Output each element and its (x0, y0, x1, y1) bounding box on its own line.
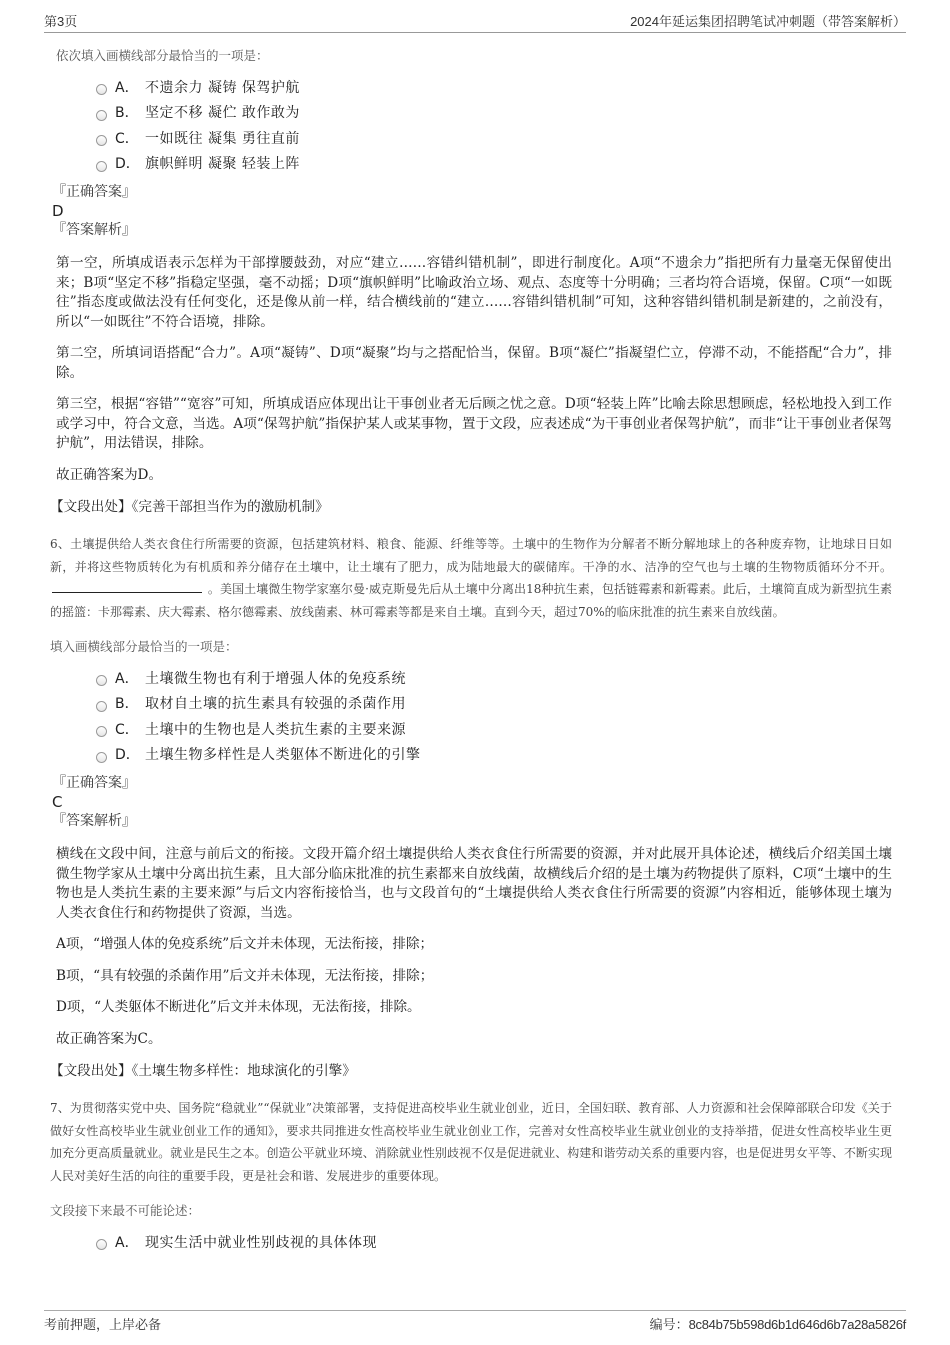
radio-button-icon[interactable] (96, 84, 107, 95)
page-content: 依次填入画横线部分最恰当的一项是： A． 不遗余力 凝铸 保驾护航 B． 坚定不… (56, 44, 892, 1261)
passage-source: 【文段出处】《土壤生物多样性：地球演化的引擎》 (50, 1061, 892, 1081)
option-text: 坚定不移 凝伫 敢作敢为 (145, 102, 300, 122)
option-a[interactable]: A． 土壤微生物也有利于增强人体的免疫系统 (96, 665, 892, 691)
option-text: 土壤微生物也有利于增强人体的免疫系统 (145, 668, 406, 688)
analysis-option-b: B项，“具有较强的杀菌作用”后文并未体现，无法衔接，排除； (56, 967, 892, 987)
option-letter: B． (115, 693, 145, 713)
footer-slogan: 考前押题，上岸必备 (44, 1314, 161, 1333)
option-c[interactable]: C． 一如既往 凝集 勇往直前 (96, 125, 892, 151)
option-text: 现实生活中就业性别歧视的具体体现 (145, 1232, 377, 1252)
analysis-option-d: D项，“人类躯体不断进化”后文并未体现，无法衔接，排除。 (56, 998, 892, 1018)
page-number: 第3页 (44, 11, 77, 30)
question-passage: 6、土壤提供给人类衣食住行所需要的资源，包括建筑材料、粮食、能源、纤维等等。土壤… (50, 533, 892, 623)
option-letter: A． (115, 1232, 145, 1252)
radio-button-icon[interactable] (96, 701, 107, 712)
option-list: A． 不遗余力 凝铸 保驾护航 B． 坚定不移 凝伫 敢作敢为 C． 一如既往 … (96, 74, 892, 176)
option-text: 土壤生物多样性是人类躯体不断进化的引擎 (145, 744, 421, 764)
analysis-label: 『答案解析』 (52, 220, 892, 240)
document-id-label: 编号： (650, 1317, 689, 1332)
analysis-paragraph: 第一空，所填成语表示怎样为干部撑腰鼓劲，对应“建立……容错纠错机制”，即进行制度… (56, 254, 892, 332)
option-letter: D． (115, 153, 145, 173)
question-prompt: 依次填入画横线部分最恰当的一项是： (56, 44, 892, 68)
document-id-value: 8c84b75b598d6b1d646d6b7a28a5826f (689, 1317, 906, 1332)
option-a[interactable]: A． 现实生活中就业性别歧视的具体体现 (96, 1229, 892, 1255)
passage-before-blank: 6、土壤提供给人类衣食住行所需要的资源，包括建筑材料、粮食、能源、纤维等等。土壤… (50, 537, 892, 574)
analysis-paragraph: 第二空，所填词语搭配“合力”。A项“凝铸”、D项“凝聚”均与之搭配恰当，保留。B… (56, 344, 892, 383)
page-footer: 考前押题，上岸必备 编号：8c84b75b598d6b1d646d6b7a28a… (44, 1310, 906, 1335)
radio-button-icon[interactable] (96, 135, 107, 146)
option-text: 土壤中的生物也是人类抗生素的主要来源 (145, 719, 406, 739)
radio-button-icon[interactable] (96, 161, 107, 172)
question-6: 6、土壤提供给人类衣食住行所需要的资源，包括建筑材料、粮食、能源、纤维等等。土壤… (56, 533, 892, 1081)
option-list: A． 土壤微生物也有利于增强人体的免疫系统 B． 取材自土壤的抗生素具有较强的杀… (96, 665, 892, 767)
option-list: A． 现实生活中就业性别歧视的具体体现 (96, 1229, 892, 1255)
option-letter: A． (115, 77, 145, 97)
option-letter: A． (115, 668, 145, 688)
analysis-paragraph: 横线在文段中间，注意与前后文的衔接。文段开篇介绍土壤提供给人类衣食住行所需要的资… (56, 845, 892, 923)
option-d[interactable]: D． 旗帜鲜明 凝聚 轻装上阵 (96, 151, 892, 177)
radio-button-icon[interactable] (96, 110, 107, 121)
question-prompt: 填入画横线部分最恰当的一项是： (50, 635, 892, 659)
option-letter: C． (115, 128, 145, 148)
option-b[interactable]: B． 取材自土壤的抗生素具有较强的杀菌作用 (96, 691, 892, 717)
question-7: 7、为贯彻落实党中央、国务院“稳就业”“保就业”决策部署，支持促进高校毕业生就业… (56, 1097, 892, 1255)
option-text: 旗帜鲜明 凝聚 轻装上阵 (145, 153, 300, 173)
analysis-label: 『答案解析』 (52, 811, 892, 831)
option-text: 一如既往 凝集 勇往直前 (145, 128, 300, 148)
document-title: 2024年延运集团招聘笔试冲刺题（带答案解析） (630, 11, 906, 30)
analysis-option-a: A项，“增强人体的免疫系统”后文并未体现，无法衔接，排除； (56, 935, 892, 955)
option-a[interactable]: A． 不遗余力 凝铸 保驾护航 (96, 74, 892, 100)
analysis-conclusion: 故正确答案为C。 (56, 1030, 892, 1050)
option-d[interactable]: D． 土壤生物多样性是人类躯体不断进化的引擎 (96, 742, 892, 768)
document-id: 编号：8c84b75b598d6b1d646d6b7a28a5826f (650, 1314, 906, 1333)
question-prompt: 文段接下来最不可能论述： (50, 1199, 892, 1223)
option-b[interactable]: B． 坚定不移 凝伫 敢作敢为 (96, 100, 892, 126)
radio-button-icon[interactable] (96, 752, 107, 763)
option-text: 不遗余力 凝铸 保驾护航 (145, 77, 300, 97)
correct-answer-label: 『正确答案』 (52, 773, 892, 793)
correct-answer-value: C (52, 793, 892, 811)
analysis-paragraph: 第三空，根据“容错”“宽容”可知，所填成语应体现出让干事创业者无后顾之忧之意。D… (56, 395, 892, 454)
correct-answer-value: D (52, 202, 892, 220)
option-letter: B． (115, 102, 145, 122)
passage-source: 【文段出处】《完善干部担当作为的激励机制》 (50, 497, 892, 517)
question-5: 依次填入画横线部分最恰当的一项是： A． 不遗余力 凝铸 保驾护航 B． 坚定不… (56, 44, 892, 517)
option-text: 取材自土壤的抗生素具有较强的杀菌作用 (145, 693, 406, 713)
radio-button-icon[interactable] (96, 675, 107, 686)
option-c[interactable]: C． 土壤中的生物也是人类抗生素的主要来源 (96, 716, 892, 742)
page-header: 第3页 2024年延运集团招聘笔试冲刺题（带答案解析） (44, 8, 906, 33)
analysis-conclusion: 故正确答案为D。 (56, 466, 892, 486)
radio-button-icon[interactable] (96, 726, 107, 737)
fill-in-blank (52, 580, 202, 593)
question-passage: 7、为贯彻落实党中央、国务院“稳就业”“保就业”决策部署，支持促进高校毕业生就业… (50, 1097, 892, 1187)
option-letter: C． (115, 719, 145, 739)
option-letter: D． (115, 744, 145, 764)
radio-button-icon[interactable] (96, 1239, 107, 1250)
correct-answer-label: 『正确答案』 (52, 182, 892, 202)
